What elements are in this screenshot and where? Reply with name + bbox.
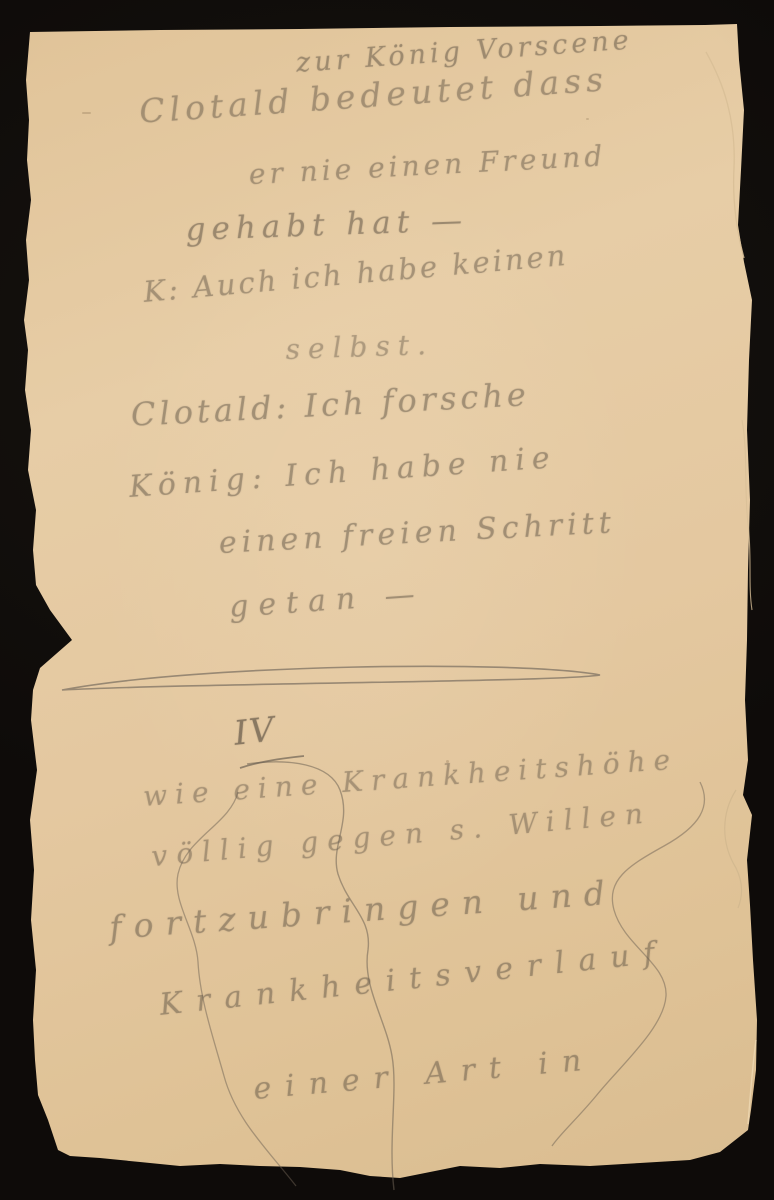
- pencil-speck: [586, 118, 589, 120]
- section-marker: IV: [232, 710, 278, 754]
- photograph-background: { "manuscript": { "description_colors": …: [0, 0, 774, 1200]
- pencil-speck: [446, 760, 449, 763]
- manuscript-line: selbst.: [285, 328, 434, 366]
- pencil-speck: [82, 112, 91, 114]
